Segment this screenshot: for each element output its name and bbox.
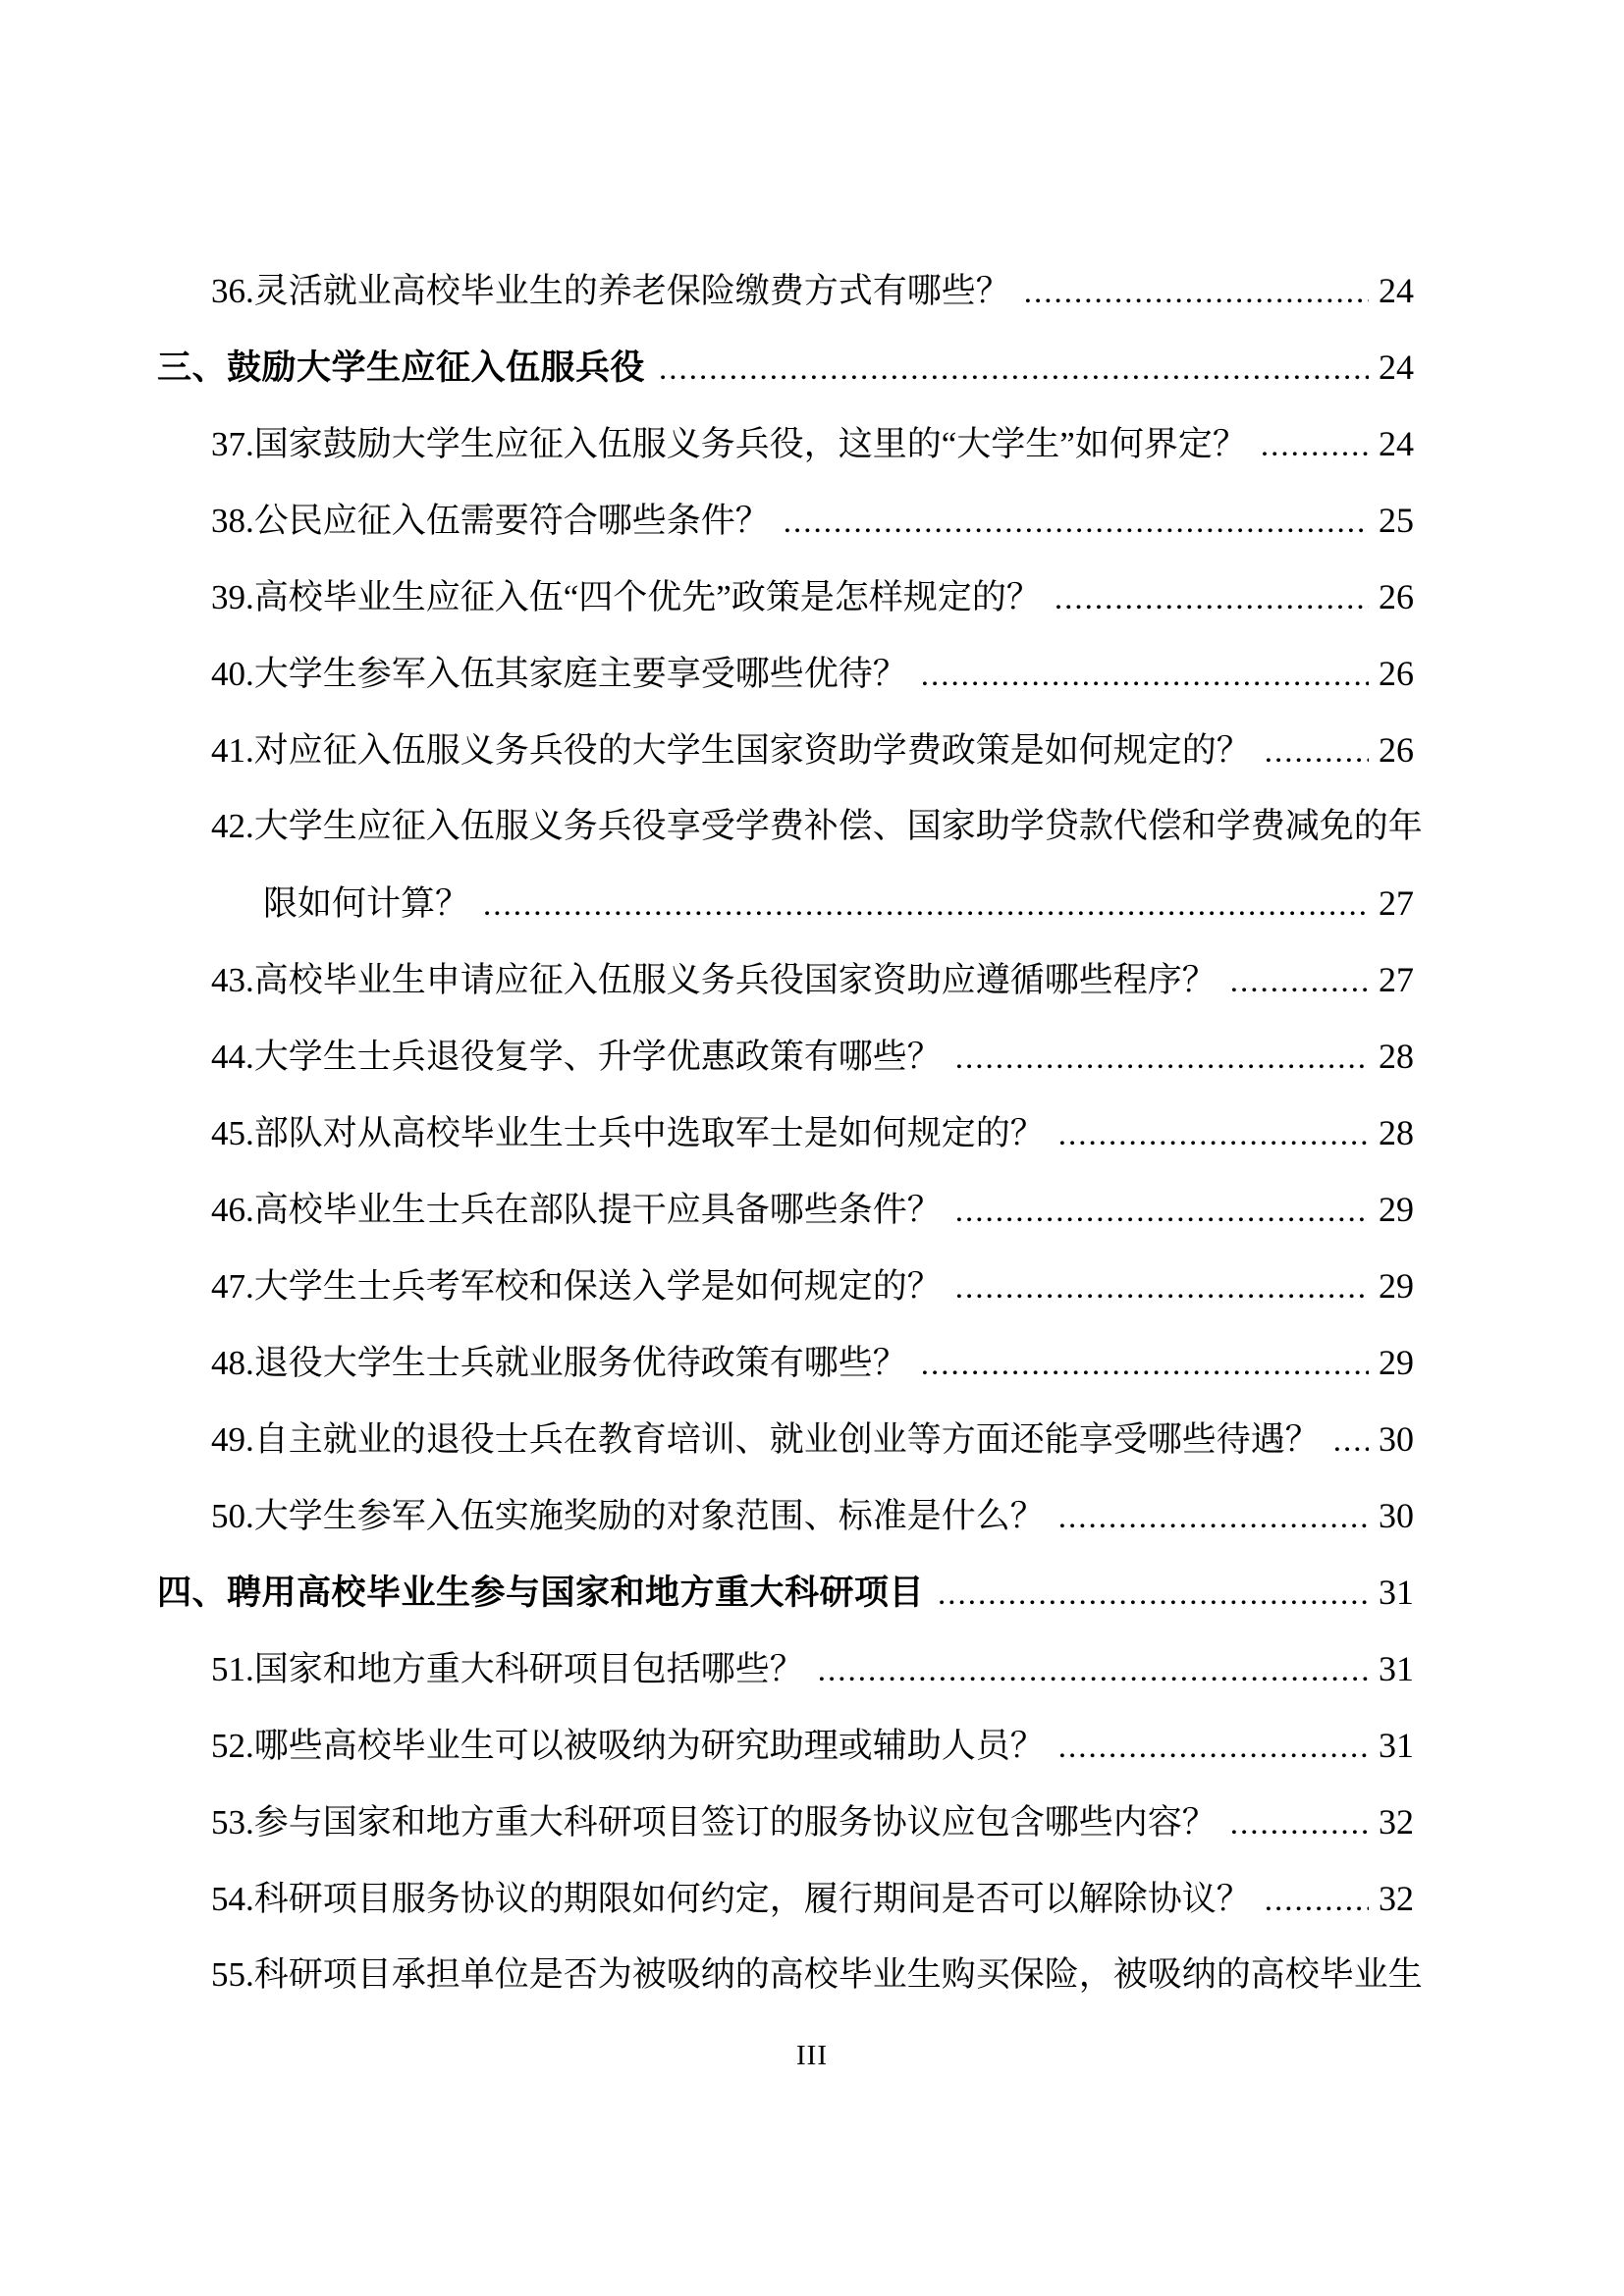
toc-dot-leader: ........................................… bbox=[921, 1326, 1369, 1403]
toc-dot-leader: ........................................… bbox=[1058, 1096, 1369, 1173]
toc-page-number: 31 bbox=[1379, 1630, 1414, 1707]
toc-dot-leader: ........................................… bbox=[1230, 1786, 1369, 1862]
toc-entry-text: 49.自主就业的退役士兵在教育培训、就业创业等方面还能享受哪些待遇？ bbox=[211, 1402, 1320, 1478]
toc-page-number: 24 bbox=[1379, 329, 1414, 405]
toc-page-number: 27 bbox=[1379, 941, 1414, 1018]
toc-item-row: 43.高校毕业生申请应征入伍服义务兵役国家资助应遵循哪些程序？.........… bbox=[157, 941, 1414, 1018]
toc-item-row: 36.灵活就业高校毕业生的养老保险缴费方式有哪些？...............… bbox=[157, 252, 1414, 329]
toc-entry-text: 42.大学生应征入伍服义务兵役享受学费补偿、国家助学贷款代偿和学费减免的年 bbox=[211, 788, 1423, 865]
toc-dot-leader: ........................................… bbox=[955, 1173, 1369, 1250]
toc-entry-text: 55.科研项目承担单位是否为被吸纳的高校毕业生购买保险，被吸纳的高校毕业生 bbox=[211, 1937, 1423, 2013]
toc-entry-text: 37.国家鼓励大学生应征入伍服义务兵役，这里的“大学生”如何界定？ bbox=[211, 406, 1247, 483]
toc-page-number: 25 bbox=[1379, 482, 1414, 559]
toc-page-number: 26 bbox=[1379, 635, 1414, 712]
toc-entry-text: 三、鼓励大学生应征入伍服兵役 bbox=[157, 330, 645, 406]
toc-entry-text: 36.灵活就业高校毕业生的养老保险缴费方式有哪些？ bbox=[211, 253, 1010, 330]
footer-page-number: III bbox=[0, 2040, 1624, 2072]
toc-item-row: 48.退役大学生士兵就业服务优待政策有哪些？..................… bbox=[157, 1324, 1414, 1401]
toc-page-number: 24 bbox=[1379, 405, 1414, 482]
toc-dot-leader: ........................................… bbox=[1333, 1403, 1369, 1479]
toc-dot-leader: ........................................… bbox=[1261, 407, 1369, 484]
toc-dot-leader: ........................................… bbox=[921, 637, 1369, 714]
toc-section-row: 三、鼓励大学生应征入伍服兵役..........................… bbox=[157, 329, 1414, 405]
toc-section-row: 四、聘用高校毕业生参与国家和地方重大科研项目..................… bbox=[157, 1554, 1414, 1630]
toc-item-row: 39.高校毕业生应征入伍“四个优先”政策是怎样规定的？.............… bbox=[157, 559, 1414, 635]
toc-entry-text: 45.部队对从高校毕业生士兵中选取军士是如何规定的？ bbox=[211, 1095, 1045, 1172]
toc-item-row: 限如何计算？..................................… bbox=[157, 865, 1414, 941]
toc-item-row: 42.大学生应征入伍服义务兵役享受学费补偿、国家助学贷款代偿和学费减免的年 bbox=[157, 788, 1414, 865]
toc-item-row: 38.公民应征入伍需要符合哪些条件？......................… bbox=[157, 482, 1414, 559]
toc-page-number: 30 bbox=[1379, 1401, 1414, 1477]
toc-dot-leader: ........................................… bbox=[659, 331, 1369, 407]
toc-dot-leader: ........................................… bbox=[955, 1250, 1369, 1326]
toc-entry-text: 46.高校毕业生士兵在部队提干应具备哪些条件？ bbox=[211, 1172, 942, 1249]
toc-entry-text: 38.公民应征入伍需要符合哪些条件？ bbox=[211, 483, 770, 560]
toc-item-row: 49.自主就业的退役士兵在教育培训、就业创业等方面还能享受哪些待遇？......… bbox=[157, 1401, 1414, 1477]
toc-item-row: 53.参与国家和地方重大科研项目签订的服务协议应包含哪些内容？.........… bbox=[157, 1784, 1414, 1860]
toc-list: 36.灵活就业高校毕业生的养老保险缴费方式有哪些？...............… bbox=[157, 252, 1414, 2013]
toc-dot-leader: ........................................… bbox=[483, 867, 1369, 943]
toc-page-number: 32 bbox=[1379, 1784, 1414, 1860]
toc-entry-text: 53.参与国家和地方重大科研项目签订的服务协议应包含哪些内容？ bbox=[211, 1785, 1217, 1861]
toc-dot-leader: ........................................… bbox=[1024, 254, 1369, 331]
toc-dot-leader: ........................................… bbox=[818, 1632, 1369, 1709]
toc-entry-text: 51.国家和地方重大科研项目包括哪些？ bbox=[211, 1631, 804, 1708]
toc-item-row: 52.哪些高校毕业生可以被吸纳为研究助理或辅助人员？..............… bbox=[157, 1707, 1414, 1784]
toc-item-row: 50.大学生参军入伍实施奖励的对象范围、标准是什么？..............… bbox=[157, 1477, 1414, 1554]
toc-entry-text: 39.高校毕业生应征入伍“四个优先”政策是怎样规定的？ bbox=[211, 560, 1041, 636]
toc-entry-text: 50.大学生参军入伍实施奖励的对象范围、标准是什么？ bbox=[211, 1478, 1045, 1555]
toc-entry-text: 限如何计算？ bbox=[263, 866, 469, 942]
toc-item-row: 47.大学生士兵考军校和保送入学是如何规定的？.................… bbox=[157, 1248, 1414, 1324]
toc-item-row: 45.部队对从高校毕业生士兵中选取军士是如何规定的？..............… bbox=[157, 1095, 1414, 1171]
toc-entry-text: 44.大学生士兵退役复学、升学优惠政策有哪些？ bbox=[211, 1019, 942, 1095]
toc-item-row: 37.国家鼓励大学生应征入伍服义务兵役，这里的“大学生”如何界定？.......… bbox=[157, 405, 1414, 482]
toc-entry-text: 48.退役大学生士兵就业服务优待政策有哪些？ bbox=[211, 1325, 907, 1402]
toc-entry-text: 四、聘用高校毕业生参与国家和地方重大科研项目 bbox=[157, 1555, 924, 1631]
toc-entry-text: 54.科研项目服务协议的期限如何约定，履行期间是否可以解除协议？ bbox=[211, 1861, 1251, 1938]
toc-item-row: 44.大学生士兵退役复学、升学优惠政策有哪些？.................… bbox=[157, 1018, 1414, 1095]
toc-item-row: 54.科研项目服务协议的期限如何约定，履行期间是否可以解除协议？........… bbox=[157, 1860, 1414, 1937]
toc-dot-leader: ........................................… bbox=[1055, 561, 1369, 637]
toc-item-row: 40.大学生参军入伍其家庭主要享受哪些优待？..................… bbox=[157, 635, 1414, 712]
toc-item-row: 46.高校毕业生士兵在部队提干应具备哪些条件？.................… bbox=[157, 1171, 1414, 1248]
toc-page-number: 29 bbox=[1379, 1248, 1414, 1324]
toc-page-number: 30 bbox=[1379, 1477, 1414, 1554]
toc-dot-leader: ........................................… bbox=[955, 1020, 1369, 1096]
toc-entry-text: 47.大学生士兵考军校和保送入学是如何规定的？ bbox=[211, 1249, 942, 1325]
toc-dot-leader: ........................................… bbox=[1230, 943, 1369, 1020]
toc-page-number: 28 bbox=[1379, 1018, 1414, 1095]
toc-page-number: 29 bbox=[1379, 1324, 1414, 1401]
toc-dot-leader: ........................................… bbox=[938, 1556, 1369, 1632]
toc-page-number: 32 bbox=[1379, 1860, 1414, 1937]
toc-page-number: 31 bbox=[1379, 1707, 1414, 1784]
toc-page-number: 24 bbox=[1379, 252, 1414, 329]
toc-page-number: 28 bbox=[1379, 1095, 1414, 1171]
toc-page-number: 27 bbox=[1379, 865, 1414, 941]
toc-entry-text: 52.哪些高校毕业生可以被吸纳为研究助理或辅助人员？ bbox=[211, 1708, 1045, 1785]
toc-dot-leader: ........................................… bbox=[1058, 1709, 1369, 1786]
toc-page-number: 26 bbox=[1379, 712, 1414, 788]
toc-item-row: 55.科研项目承担单位是否为被吸纳的高校毕业生购买保险，被吸纳的高校毕业生 bbox=[157, 1937, 1414, 2013]
toc-page-number: 31 bbox=[1379, 1554, 1414, 1630]
toc-dot-leader: ........................................… bbox=[1265, 1862, 1369, 1939]
toc-item-row: 51.国家和地方重大科研项目包括哪些？.....................… bbox=[157, 1630, 1414, 1707]
toc-item-row: 41.对应征入伍服义务兵役的大学生国家资助学费政策是如何规定的？........… bbox=[157, 712, 1414, 788]
toc-entry-text: 43.高校毕业生申请应征入伍服义务兵役国家资助应遵循哪些程序？ bbox=[211, 942, 1217, 1019]
toc-page-number: 29 bbox=[1379, 1171, 1414, 1248]
toc-page-number: 26 bbox=[1379, 559, 1414, 635]
toc-entry-text: 40.大学生参军入伍其家庭主要享受哪些优待？ bbox=[211, 636, 907, 713]
toc-dot-leader: ........................................… bbox=[784, 484, 1369, 561]
toc-dot-leader: ........................................… bbox=[1058, 1479, 1369, 1556]
toc-entry-text: 41.对应征入伍服义务兵役的大学生国家资助学费政策是如何规定的？ bbox=[211, 713, 1251, 789]
document-page: 36.灵活就业高校毕业生的养老保险缴费方式有哪些？...............… bbox=[0, 0, 1624, 2296]
toc-dot-leader: ........................................… bbox=[1265, 714, 1369, 790]
